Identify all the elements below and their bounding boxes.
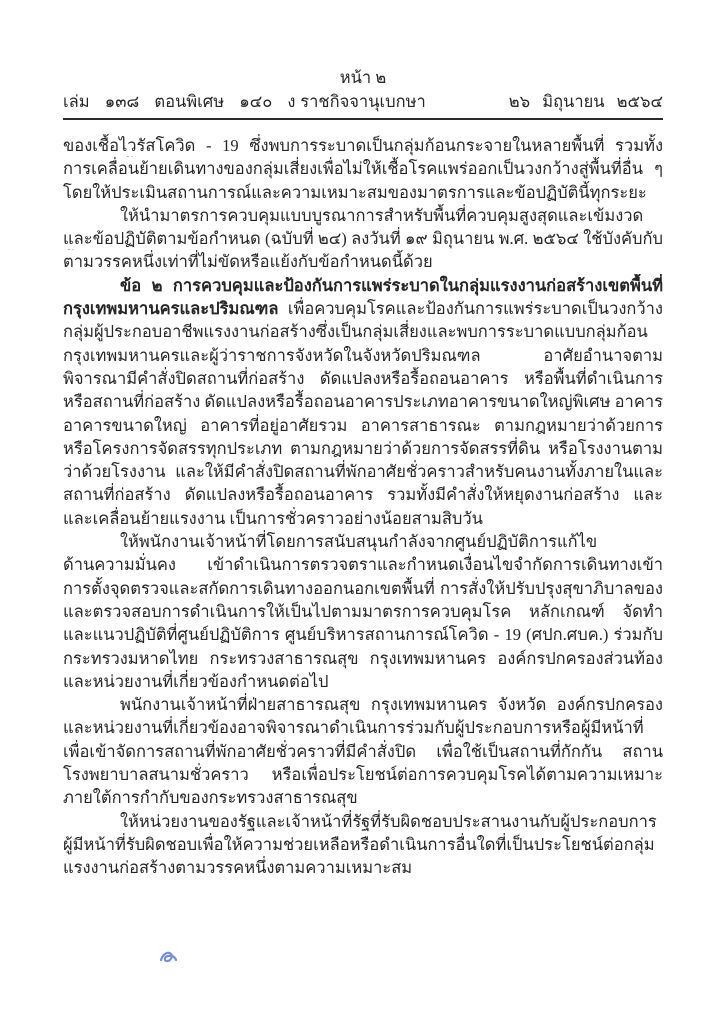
body-text: กลุ่มผู้ประกอบอาชีพแรงงานก่อสร้างซึ่งเป็…	[63, 322, 648, 343]
blue-ink-mark-path	[161, 953, 176, 961]
text-line: กรุงเทพมหานครและผู้ว่าราชการจังหวัดในจัง…	[63, 344, 663, 367]
date-label: ๒๖ มิถุนายน ๒๕๖๔	[426, 89, 663, 114]
body-text: หรือสถานที่ก่อสร้าง ดัดแปลงหรือรื้อถอนอา…	[63, 392, 663, 413]
paragraph: ข้อ ๒ การควบคุมและป้องกันการแพร่ระบาดในก…	[63, 274, 663, 530]
body-text: หรือโครงการจัดสรรทุกประเภท ตามกฎหมายว่าด…	[63, 439, 663, 460]
text-line: ตามวรรคหนึ่งเท่าที่ไม่ขัดหรือแย้งกับข้อก…	[63, 250, 663, 273]
text-line: และข้อปฏิบัติตามข้อกำหนด (ฉบับที่ ๒๔) ลง…	[63, 227, 663, 250]
text-line: กลุ่มผู้ประกอบอาชีพแรงงานก่อสร้างซึ่งเป็…	[63, 320, 663, 343]
page-header: หน้า ๒ เล่ม ๑๓๘ ตอนพิเศษ ๑๔๐ ง ราชกิจจาน…	[63, 66, 663, 120]
text-line: โรงพยาบาลสนามชั่วคราว หรือเพื่อประโยชน์ต…	[63, 763, 663, 786]
paragraph: ของเชื้อไวรัสโควิด - 19 ซึ่งพบการระบาดเป…	[63, 134, 663, 204]
text-line: และหน่วยงานที่เกี่ยวข้องกำหนดต่อไป	[63, 670, 663, 693]
body-text: ตามวรรคหนึ่งเท่าที่ไม่ขัดหรือแย้งกับข้อก…	[63, 252, 433, 271]
body-text: ว่าด้วยโรงงาน และให้มีคำสั่งปิดสถานที่พั…	[63, 462, 663, 483]
text-line: สถานที่ก่อสร้าง ดัดแปลงหรือรื้อถอนอาคาร …	[63, 483, 663, 506]
body-text: และข้อปฏิบัติตามข้อกำหนด (ฉบับที่ ๒๔) ลง…	[63, 229, 663, 250]
body-text: อาคารขนาดใหญ่ อาคารที่อยู่อาศัยรวม อาคาร…	[63, 416, 663, 437]
paragraph: ให้นำมาตรการควบคุมแบบบูรณาการสำหรับพื้นท…	[63, 204, 663, 274]
body-text: ด้านความมั่นคง เข้าดำเนินการตรวจตราและกำ…	[63, 555, 663, 576]
text-line: หรือสถานที่ก่อสร้าง ดัดแปลงหรือรื้อถอนอา…	[63, 390, 663, 413]
body-text: ภายใต้การกำกับของกระทรวงสาธารณสุข	[63, 788, 358, 807]
bold-text: กรุงเทพมหานครและปริมณฑล	[63, 299, 278, 318]
text-line: ให้พนักงานเจ้าหน้าที่โดยการสนับสนุนกำลัง…	[63, 530, 663, 553]
document-body: ของเชื้อไวรัสโควิด - 19 ซึ่งพบการระบาดเป…	[63, 134, 663, 880]
text-line: ว่าด้วยโรงงาน และให้มีคำสั่งปิดสถานที่พั…	[63, 460, 663, 483]
body-text: การตั้งจุดตรวจและสกัดการเดินทางออกนอกเขต…	[63, 579, 663, 600]
body-text: การเคลื่อนย้ายเดินทางของกลุ่มเสี่ยงเพื่อ…	[63, 159, 663, 180]
text-line: ข้อ ๒ การควบคุมและป้องกันการแพร่ระบาดในก…	[63, 274, 663, 297]
body-text: ให้หน่วยงานของรัฐและเจ้าหน้าที่รัฐที่รับ…	[63, 812, 657, 833]
body-text: ให้นำมาตรการควบคุมแบบบูรณาการสำหรับพื้นท…	[63, 206, 643, 227]
body-text: โรงพยาบาลสนามชั่วคราว หรือเพื่อประโยชน์ต…	[63, 765, 663, 786]
body-text: กรุงเทพมหานครและผู้ว่าราชการจังหวัดในจัง…	[63, 346, 663, 367]
body-text: และเคลื่อนย้ายแรงงาน เป็นการชั่วคราวอย่า…	[63, 509, 483, 528]
text-line: ให้หน่วยงานของรัฐและเจ้าหน้าที่รัฐที่รับ…	[63, 810, 663, 833]
text-line: และแนวปฏิบัติที่ศูนย์ปฏิบัติการ ศูนย์บริ…	[63, 623, 663, 646]
text-line: พนักงานเจ้าหน้าที่ฝ่ายสาธารณสุข กรุงเทพม…	[63, 693, 663, 716]
body-text: กระทรวงมหาดไทย กระทรวงสาธารณสุข กรุงเทพม…	[63, 649, 663, 670]
text-line: ภายใต้การกำกับของกระทรวงสาธารณสุข	[63, 786, 663, 809]
paragraph: ให้หน่วยงานของรัฐและเจ้าหน้าที่รัฐที่รับ…	[63, 810, 663, 880]
body-text: และหน่วยงานที่เกี่ยวข้องอาจพิจารณาดำเนิน…	[63, 718, 644, 739]
text-line: พิจารณามีคำสั่งปิดสถานที่ก่อสร้าง ดัดแปล…	[63, 367, 663, 390]
bold-text: ข้อ ๒ การควบคุมและป้องกันการแพร่ระบาดในก…	[120, 276, 663, 295]
blue-ink-mark-icon	[158, 948, 180, 968]
text-line: ของเชื้อไวรัสโควิด - 19 ซึ่งพบการระบาดเป…	[63, 134, 663, 157]
text-line: การตั้งจุดตรวจและสกัดการเดินทางออกนอกเขต…	[63, 577, 663, 600]
text-line: อาคารขนาดใหญ่ อาคารที่อยู่อาศัยรวม อาคาร…	[63, 414, 663, 437]
body-text: และแนวปฏิบัติที่ศูนย์ปฏิบัติการ ศูนย์บริ…	[63, 625, 663, 646]
body-text: โดยให้ประเมินสถานการณ์และความเหมาะสมของม…	[63, 183, 647, 204]
body-text: สถานที่ก่อสร้าง ดัดแปลงหรือรื้อถอนอาคาร …	[63, 485, 663, 506]
page-number-label: หน้า ๒	[63, 66, 663, 89]
paragraph: พนักงานเจ้าหน้าที่ฝ่ายสาธารณสุข กรุงเทพม…	[63, 693, 663, 809]
volume-label: เล่ม ๑๓๘ ตอนพิเศษ ๑๔๐ ง	[63, 89, 300, 114]
page-content: หน้า ๒ เล่ม ๑๓๘ ตอนพิเศษ ๑๔๐ ง ราชกิจจาน…	[63, 66, 663, 880]
body-text: เพื่อเข้าจัดการสถานที่พักอาศัยชั่วคราวที…	[63, 742, 663, 763]
body-text: และหน่วยงานที่เกี่ยวข้องกำหนดต่อไป	[63, 672, 329, 691]
body-text: พิจารณามีคำสั่งปิดสถานที่ก่อสร้าง ดัดแปล…	[63, 369, 663, 390]
text-line: กรุงเทพมหานครและปริมณฑล เพื่อควบคุมโรคแล…	[63, 297, 663, 320]
paragraph: ให้พนักงานเจ้าหน้าที่โดยการสนับสนุนกำลัง…	[63, 530, 663, 693]
header-rule	[63, 118, 663, 120]
text-line: และตรวจสอบการดำเนินการให้เป็นไปตามมาตรกา…	[63, 600, 663, 623]
text-line: ด้านความมั่นคง เข้าดำเนินการตรวจตราและกำ…	[63, 553, 663, 576]
text-line: และหน่วยงานที่เกี่ยวข้องอาจพิจารณาดำเนิน…	[63, 716, 663, 739]
gazette-page: หน้า ๒ เล่ม ๑๓๘ ตอนพิเศษ ๑๔๐ ง ราชกิจจาน…	[0, 0, 724, 1024]
body-text: ผู้มีหน้าที่รับผิดชอบเพื่อให้ความช่วยเหล…	[63, 835, 655, 856]
body-text: พนักงานเจ้าหน้าที่ฝ่ายสาธารณสุข กรุงเทพม…	[63, 695, 663, 716]
gazette-title: ราชกิจจานุเบกษา	[300, 89, 425, 114]
masthead-row: เล่ม ๑๓๘ ตอนพิเศษ ๑๔๐ ง ราชกิจจานุเบกษา …	[63, 89, 663, 114]
text-line: เพื่อเข้าจัดการสถานที่พักอาศัยชั่วคราวที…	[63, 740, 663, 763]
text-line: และเคลื่อนย้ายแรงงาน เป็นการชั่วคราวอย่า…	[63, 507, 663, 530]
body-text: ให้พนักงานเจ้าหน้าที่โดยการสนับสนุนกำลัง…	[63, 532, 597, 553]
text-line: โดยให้ประเมินสถานการณ์และความเหมาะสมของม…	[63, 181, 663, 204]
text-line: แรงงานก่อสร้างตามวรรคหนึ่งตามความเหมาะสม	[63, 856, 663, 879]
body-text: ของเชื้อไวรัสโควิด - 19 ซึ่งพบการระบาดเป…	[63, 136, 663, 157]
text-line: ผู้มีหน้าที่รับผิดชอบเพื่อให้ความช่วยเหล…	[63, 833, 663, 856]
text-line: หรือโครงการจัดสรรทุกประเภท ตามกฎหมายว่าด…	[63, 437, 663, 460]
body-text: และตรวจสอบการดำเนินการให้เป็นไปตามมาตรกา…	[63, 602, 663, 623]
body-text: แรงงานก่อสร้างตามวรรคหนึ่งตามความเหมาะสม	[63, 858, 412, 877]
text-line: กระทรวงมหาดไทย กระทรวงสาธารณสุข กรุงเทพม…	[63, 647, 663, 670]
text-line: การเคลื่อนย้ายเดินทางของกลุ่มเสี่ยงเพื่อ…	[63, 157, 663, 180]
text-line: ให้นำมาตรการควบคุมแบบบูรณาการสำหรับพื้นท…	[63, 204, 663, 227]
